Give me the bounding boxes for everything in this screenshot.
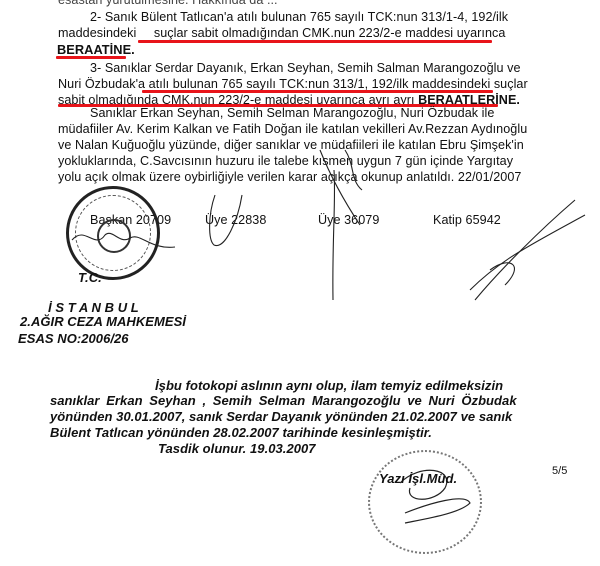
clerk-title: Yazı İşl.Müd. (379, 471, 457, 486)
certification-line4: Bülent Tatlıcan yönünden 28.02.2007 tari… (50, 425, 432, 440)
certification-line1: İşbu fotokopi aslının aynı olup, ilam te… (155, 378, 503, 393)
court-name: 2.AĞIR CEZA MAHKEMESİ (20, 314, 186, 329)
case-number: ESAS NO:2006/26 (18, 331, 129, 346)
court-tc: T.C. (78, 270, 102, 285)
clerk-signature (370, 458, 510, 538)
tasdik-line: Tasdik olunur. 19.03.2007 (158, 441, 316, 456)
page-number: 5/5 (552, 465, 567, 477)
court-city: İ S T A N B U L (48, 300, 139, 315)
certification-line2: sanıklar Erkan Seyhan , Semih Selman Mar… (50, 393, 517, 408)
certification-line3: yönünden 30.01.2007, sanık Serdar Dayanı… (50, 409, 512, 424)
